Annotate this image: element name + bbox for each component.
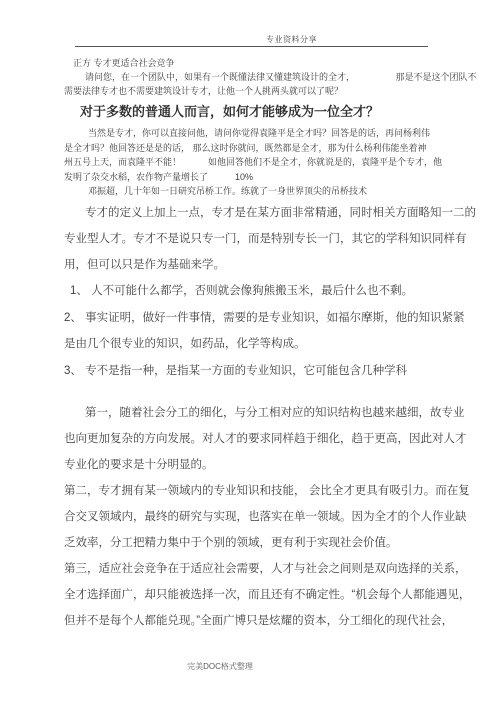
argument-line: 是全才吗？他回答还是是的话， 那么这时你就问，既然都是全才，那为什么杨利伟能坐着…	[64, 141, 496, 156]
reason-line: 合交叉领域内，最终的研究与实现，也落实在单一领域。因为全才的个人作业缺	[64, 504, 496, 530]
intro-line: 请问您，在一个团队中，如果有一个既懂法律又懂建筑设计的全才， 那是不是这个团队不	[64, 70, 496, 84]
definition-line: 专业型人才。专才不是说只专一门，而是特别专长一门，其它的学科知识同样有	[64, 226, 496, 252]
point-line: 1、 人不可能什么都学，否则就会像狗熊搬玉米，最后什么也不剩。	[64, 278, 496, 305]
definition-line: 专才的定义上加上一点，专才是在某方面非常精通，同时相关方面略知一二的	[64, 200, 496, 226]
reason-line: 第一，随着社会分工的细化，与分工相对应的知识结构也越来越细，故专业	[64, 400, 496, 426]
reasons-paragraphs: 第一，随着社会分工的细化，与分工相对应的知识结构也越来越细，故专业 也向更加复杂…	[64, 400, 496, 634]
reason-line: 全才选择面广，却只能被选择一次，而且还有不确定性。“机会每个人都能遇见，	[64, 582, 496, 608]
page-footer-label: 完美DOC格式整理	[0, 661, 440, 672]
point-line: 3、 专不是指一种，是指某一方面的专业知识，它可能包含几种学科	[64, 358, 496, 385]
reason-line: 专业化的要求是十分明显的。	[64, 452, 496, 478]
point-line: 2、 事实证明，做好一件事情，需要的是专业知识，如福尔摩斯，他的知识紧紧	[64, 305, 496, 332]
stance-title: 正方 专才更适合社会竞争	[64, 56, 496, 70]
points-list: 1、 人不可能什么都学，否则就会像狗熊搬玉米，最后什么也不剩。 2、 事实证明，…	[64, 278, 496, 384]
intro-paragraph: 正方 专才更适合社会竞争 请问您，在一个团队中，如果有一个既懂法律又懂建筑设计的…	[64, 56, 496, 98]
reason-line: 乏效率，分工把精力集中于个别的领域，更有利于实现社会价值。	[64, 530, 496, 556]
reason-line: 也向更加复杂的方向发展。对人才的要求同样趋于细化，趋于更高，因此对人才	[64, 426, 496, 452]
definition-paragraph: 专才的定义上加上一点，专才是在某方面非常精通，同时相关方面略知一二的 专业型人才…	[64, 200, 496, 278]
definition-line: 用，但可以只是作为基础来学。	[64, 252, 496, 278]
reason-line: 但并不是每个人都能兑现。”全面广博只是炫耀的资本，分工细化的现代社会，	[64, 608, 496, 634]
header-divider	[75, 46, 428, 47]
intro-line: 需要法律专才也不需要建筑设计专才，让他一个人挑两头就可以了呢？	[64, 84, 496, 98]
argument-line: 发明了杂交水稻，农作物产量增长了 10%	[64, 170, 496, 185]
point-line: 是由几个很专业的知识，如药品，化学等构成。	[64, 331, 496, 358]
reason-line: 第三，适应社会竞争在于适应社会需要，人才与社会之间则是双向选择的关系，	[64, 556, 496, 582]
section-heading: 对于多数的普通人而言，如何才能够成为一位全才？	[80, 101, 379, 120]
argument-line: 当然是专才，你可以直接问他，请问你觉得袁隆平是全才吗？回答是的话，再问杨利伟	[64, 126, 496, 141]
argument-paragraph: 当然是专才，你可以直接问他，请问你觉得袁隆平是全才吗？回答是的话，再问杨利伟 是…	[64, 126, 496, 199]
reason-line: 第二，专才拥有某一领域内的专业知识和技能， 会比全才更具有吸引力。而在复	[64, 478, 496, 504]
document-page: 专业资料分享 正方 专才更适合社会竞争 请问您，在一个团队中，如果有一个既懂法律…	[0, 0, 500, 708]
page-header-title: 专业资料分享	[266, 34, 317, 45]
argument-line: 邓振超，几十年如一日研究吊桥工作。练就了一身世界顶尖的吊桥技术	[64, 184, 496, 199]
argument-line: 州五号上天，而袁隆平不能！ 如他回答他们不是全才，你就说是的，袁隆平是个专才，他	[64, 155, 496, 170]
